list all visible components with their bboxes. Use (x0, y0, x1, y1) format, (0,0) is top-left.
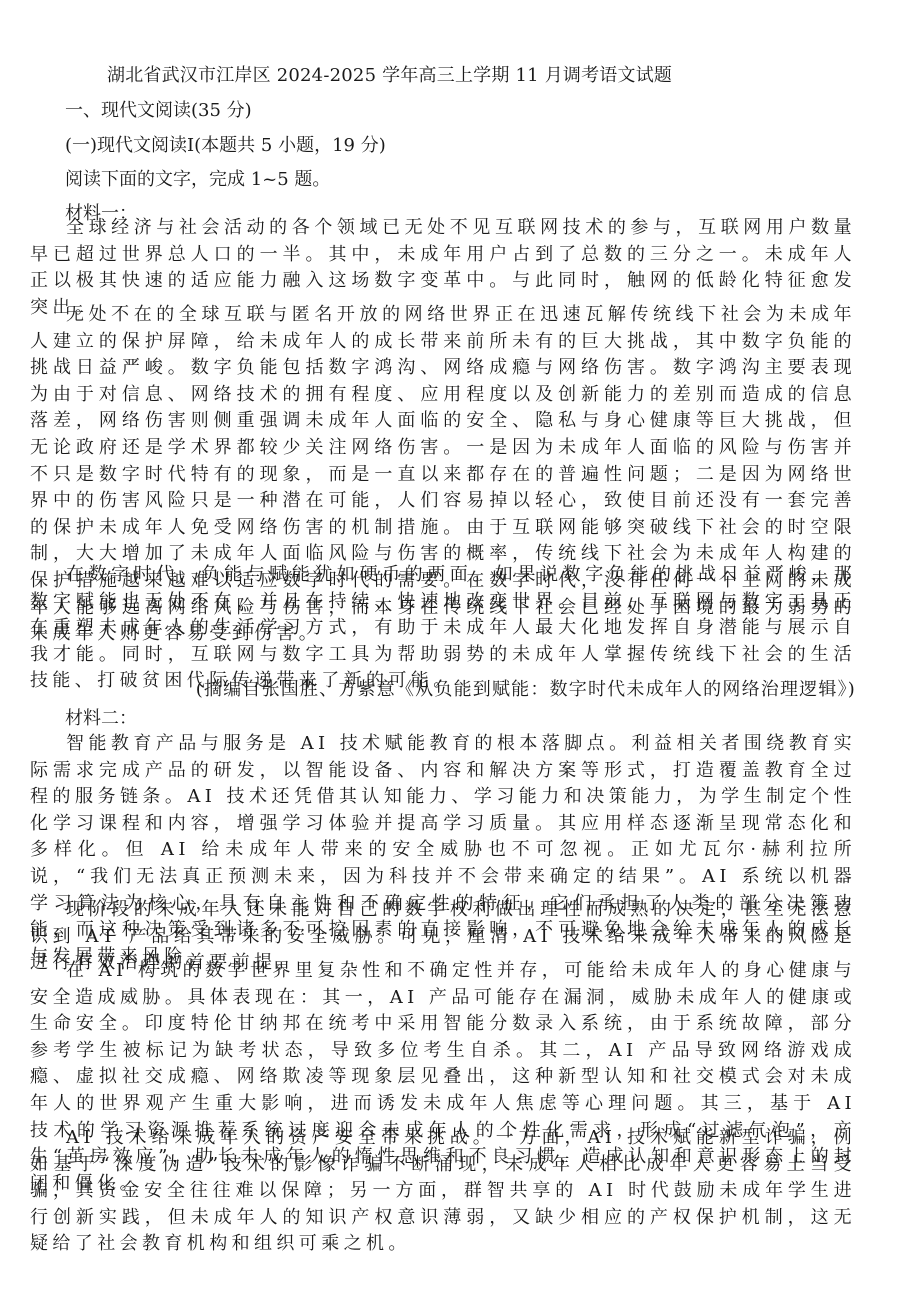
material-1-citation: (摘编自张国胜、方紫意《从负能到赋能：数字时代未成年人的网络治理逻辑》) (196, 679, 856, 701)
material-1-paragraph: 在数字时代，负能与赋能犹如硬币的两面。如果说数字负能的挑战日益严峻，那数字赋能也… (30, 562, 856, 695)
material-2-label: 材料二： (65, 708, 137, 730)
section-heading: 一、现代文阅读(35 分) (65, 100, 252, 122)
reading-instruction: 阅读下面的文字，完成 1~5 题。 (65, 169, 330, 191)
exam-title: 湖北省武汉市江岸区 2024-2025 学年高三上学期 11 月调考语文试题 (107, 65, 672, 87)
material-2-paragraph: AI 技术给未成年人的资产安全带来挑战。一方面，AI 技术赋能新型诈骗，例如基于… (30, 1125, 856, 1258)
subsection-heading: (一)现代文阅读Ⅰ(本题共 5 小题，19 分) (65, 135, 386, 157)
